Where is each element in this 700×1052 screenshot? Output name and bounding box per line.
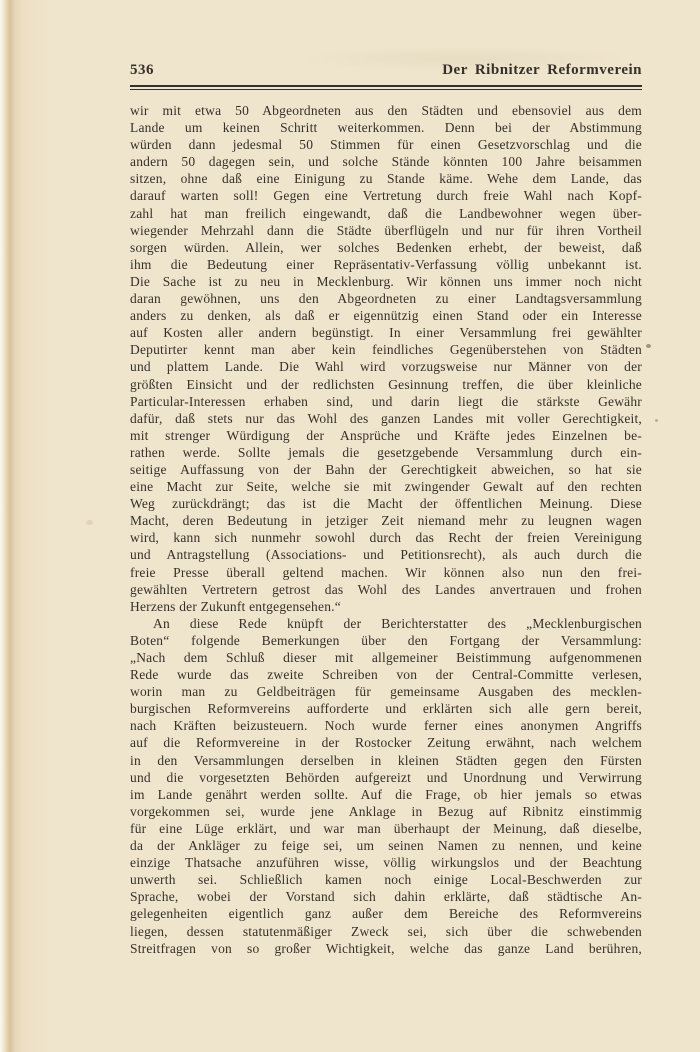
header-rule-thick <box>130 85 642 87</box>
text-column: 536 Der Ribnitzer Reformverein wir mit e… <box>130 62 642 957</box>
text-line: rathen werde. Sollte jemals die gesetzge… <box>130 444 642 461</box>
running-title: Der Ribnitzer Reformverein <box>442 62 642 79</box>
text-line: nach Kräften beizusteuern. Noch wurde fe… <box>130 717 642 734</box>
page-header: 536 Der Ribnitzer Reformverein <box>130 62 642 79</box>
page-number: 536 <box>130 62 154 79</box>
text-line: und plattem Lande. Die Wahl wird vorzugs… <box>130 358 642 375</box>
text-line: mit strenger Würdigung der Ansprüche und… <box>130 427 642 444</box>
text-line: da der Ankläger zu feige sei, um seinen … <box>130 837 642 854</box>
text-line: burgischen Reformvereins aufforderte und… <box>130 700 642 717</box>
paragraph: wir mit etwa 50 Abgeordneten aus den Stä… <box>130 102 642 615</box>
text-line: und Antragstellung (Associations- und Pe… <box>130 546 642 563</box>
text-line: gelegenheiten eigentlich ganz außer dem … <box>130 905 642 922</box>
header-rule-thin <box>130 89 642 90</box>
text-line: auf die Reformvereine in der Rostocker Z… <box>130 734 642 751</box>
text-line: Rede wurde das zweite Schreiben von der … <box>130 666 642 683</box>
text-line: dafür, daß stets nur das Wohl des ganzen… <box>130 410 642 427</box>
text-line: anders zu denken, als daß er eigennützig… <box>130 307 642 324</box>
text-line: Macht, deren Bedeutung in jetziger Zeit … <box>130 512 642 529</box>
text-line: einzige Thatsache anzuführen wisse, völl… <box>130 854 642 871</box>
text-line: eine Macht zur Seite, welche sie mit zwi… <box>130 478 642 495</box>
text-line: Lande um keinen Schritt weiterkommen. De… <box>130 119 642 136</box>
text-line: „Nach dem Schluß dieser mit allgemeiner … <box>130 649 642 666</box>
text-line: Boten“ folgende Bemerkungen über den For… <box>130 632 642 649</box>
text-line: sitzen, ohne daß eine Einigung zu Stande… <box>130 170 642 187</box>
text-line: gewählten Vertretern getrost das Wohl de… <box>130 581 642 598</box>
text-line: darauf warten soll! Gegen eine Vertretun… <box>130 187 642 204</box>
paragraph: An diese Rede knüpft der Berichterstatte… <box>130 615 642 957</box>
text-line: Die Sache ist zu neu in Mecklenburg. Wir… <box>130 273 642 290</box>
text-line: Herzens der Zukunft entgegensehen.“ <box>130 598 642 615</box>
text-line: unwerth sei. Schließlich kamen noch eini… <box>130 871 642 888</box>
text-line: worin man zu Geldbeiträgen für gemeinsam… <box>130 683 642 700</box>
text-line: andern 50 dagegen sein, und solche Ständ… <box>130 153 642 170</box>
text-line: Weg zurückdrängt; das ist die Macht der … <box>130 495 642 512</box>
text-line: wird, kann sich nunmehr sowohl durch das… <box>130 529 642 546</box>
page-gutter-shadow <box>0 0 46 1052</box>
text-line: Deputirter kennt man aber kein feindlich… <box>130 341 642 358</box>
text-line: wiegender Mehrzahl dann die Städte überf… <box>130 222 642 239</box>
text-line: und die vorgesetzten Behörden aufgereizt… <box>130 769 642 786</box>
text-line: ihm die Bedeutung einer Repräsentativ-Ve… <box>130 256 642 273</box>
text-line: freie Presse überall geltend machen. Wir… <box>130 564 642 581</box>
foxing-spot <box>646 344 651 348</box>
text-line: seitige Auffassung von der Bahn der Gere… <box>130 461 642 478</box>
text-line: Sprache, wobei der Vorstand sich dahin e… <box>130 888 642 905</box>
text-line: liegen, dessen statutenmäßiger Zweck sei… <box>130 923 642 940</box>
text-line: daran gewöhnen, uns den Abgeordneten zu … <box>130 290 642 307</box>
body-text: wir mit etwa 50 Abgeordneten aus den Stä… <box>130 102 642 957</box>
text-line: sorgen würden. Allein, wer solches Beden… <box>130 239 642 256</box>
text-line: im Lande genährt werden sollte. Auf die … <box>130 786 642 803</box>
text-line: An diese Rede knüpft der Berichterstatte… <box>130 615 642 632</box>
text-line: in den Versammlungen derselben in kleine… <box>130 752 642 769</box>
text-line: vorgekommen sei, wurde jene Anklage in B… <box>130 803 642 820</box>
foxing-spot <box>655 419 658 422</box>
text-line: für eine Lüge erklärt, und war man überh… <box>130 820 642 837</box>
text-line: würden dann jedesmal 50 Stimmen für eine… <box>130 136 642 153</box>
text-line: Streitfragen von so großer Wichtigkeit, … <box>130 940 642 957</box>
scanned-book-page: 536 Der Ribnitzer Reformverein wir mit e… <box>0 0 700 1052</box>
text-line: zahl hat man freilich eingewandt, daß di… <box>130 205 642 222</box>
text-line: wir mit etwa 50 Abgeordneten aus den Stä… <box>130 102 642 119</box>
text-line: größten Einsicht und der redlichsten Ges… <box>130 376 642 393</box>
text-line: Particular-Interessen erhaben sind, und … <box>130 393 642 410</box>
foxing-spot <box>86 520 93 525</box>
text-line: auf Kosten aller andern begünstigt. In e… <box>130 324 642 341</box>
